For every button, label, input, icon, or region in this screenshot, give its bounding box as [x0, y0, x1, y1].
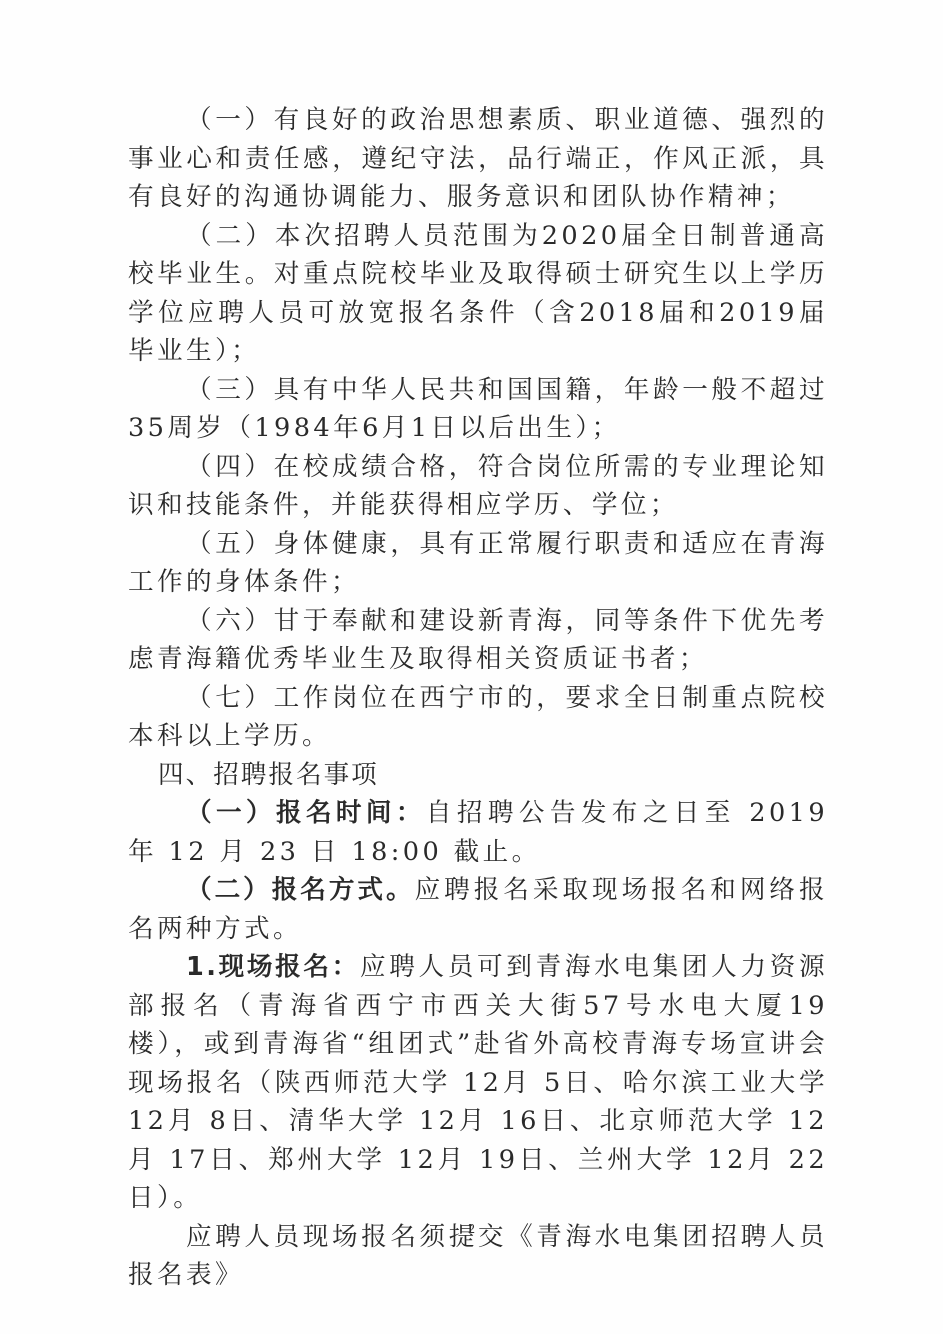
requirement-paragraph-6: （六）甘于奉献和建设新青海，同等条件下优先考虑青海籍优秀毕业生及取得相关资质证书… — [128, 602, 828, 679]
registration-method-paragraph: （二）报名方式。应聘报名采取现场报名和网络报名两种方式。 — [128, 871, 828, 948]
requirement-paragraph-5: （五）身体健康，具有正常履行职责和适应在青海工作的身体条件； — [128, 525, 828, 602]
requirement-paragraph-1: （一）有良好的政治思想素质、职业道德、强烈的事业心和责任感，遵纪守法，品行端正，… — [128, 101, 828, 217]
onsite-registration-label: 1.现场报名： — [186, 952, 360, 982]
registration-time-label: （一）报名时间： — [186, 798, 426, 828]
document-body: （一）有良好的政治思想素质、职业道德、强烈的事业心和责任感，遵纪守法，品行端正，… — [128, 101, 828, 1295]
requirement-paragraph-7: （七）工作岗位在西宁市的，要求全日制重点院校本科以上学历。 — [128, 679, 828, 756]
onsite-registration-paragraph: 1.现场报名：应聘人员可到青海水电集团人力资源部报名（青海省西宁市西关大街57号… — [128, 948, 828, 1218]
requirement-paragraph-3: （三）具有中华人民共和国国籍，年龄一般不超过35周岁（1984年6月1日以后出生… — [128, 371, 828, 448]
onsite-registration-text: 应聘人员可到青海水电集团人力资源部报名（青海省西宁市西关大街57号水电大厦19楼… — [128, 952, 828, 1213]
requirement-paragraph-4: （四）在校成绩合格，符合岗位所需的专业理论知识和技能条件，并能获得相应学历、学位… — [128, 448, 828, 525]
section-heading: 四、招聘报名事项 — [128, 756, 828, 795]
document-page: （一）有良好的政治思想素质、职业道德、强烈的事业心和责任感，遵纪守法，品行端正，… — [0, 0, 943, 1334]
page-number: 2 — [0, 1222, 943, 1238]
registration-time-paragraph: （一）报名时间：自招聘公告发布之日至 2019 年 12 月 23 日 18:0… — [128, 794, 828, 871]
requirement-paragraph-2: （二）本次招聘人员范围为2020届全日制普通高校毕业生。对重点院校毕业及取得硕士… — [128, 217, 828, 371]
registration-method-label: （二）报名方式。 — [186, 875, 415, 905]
